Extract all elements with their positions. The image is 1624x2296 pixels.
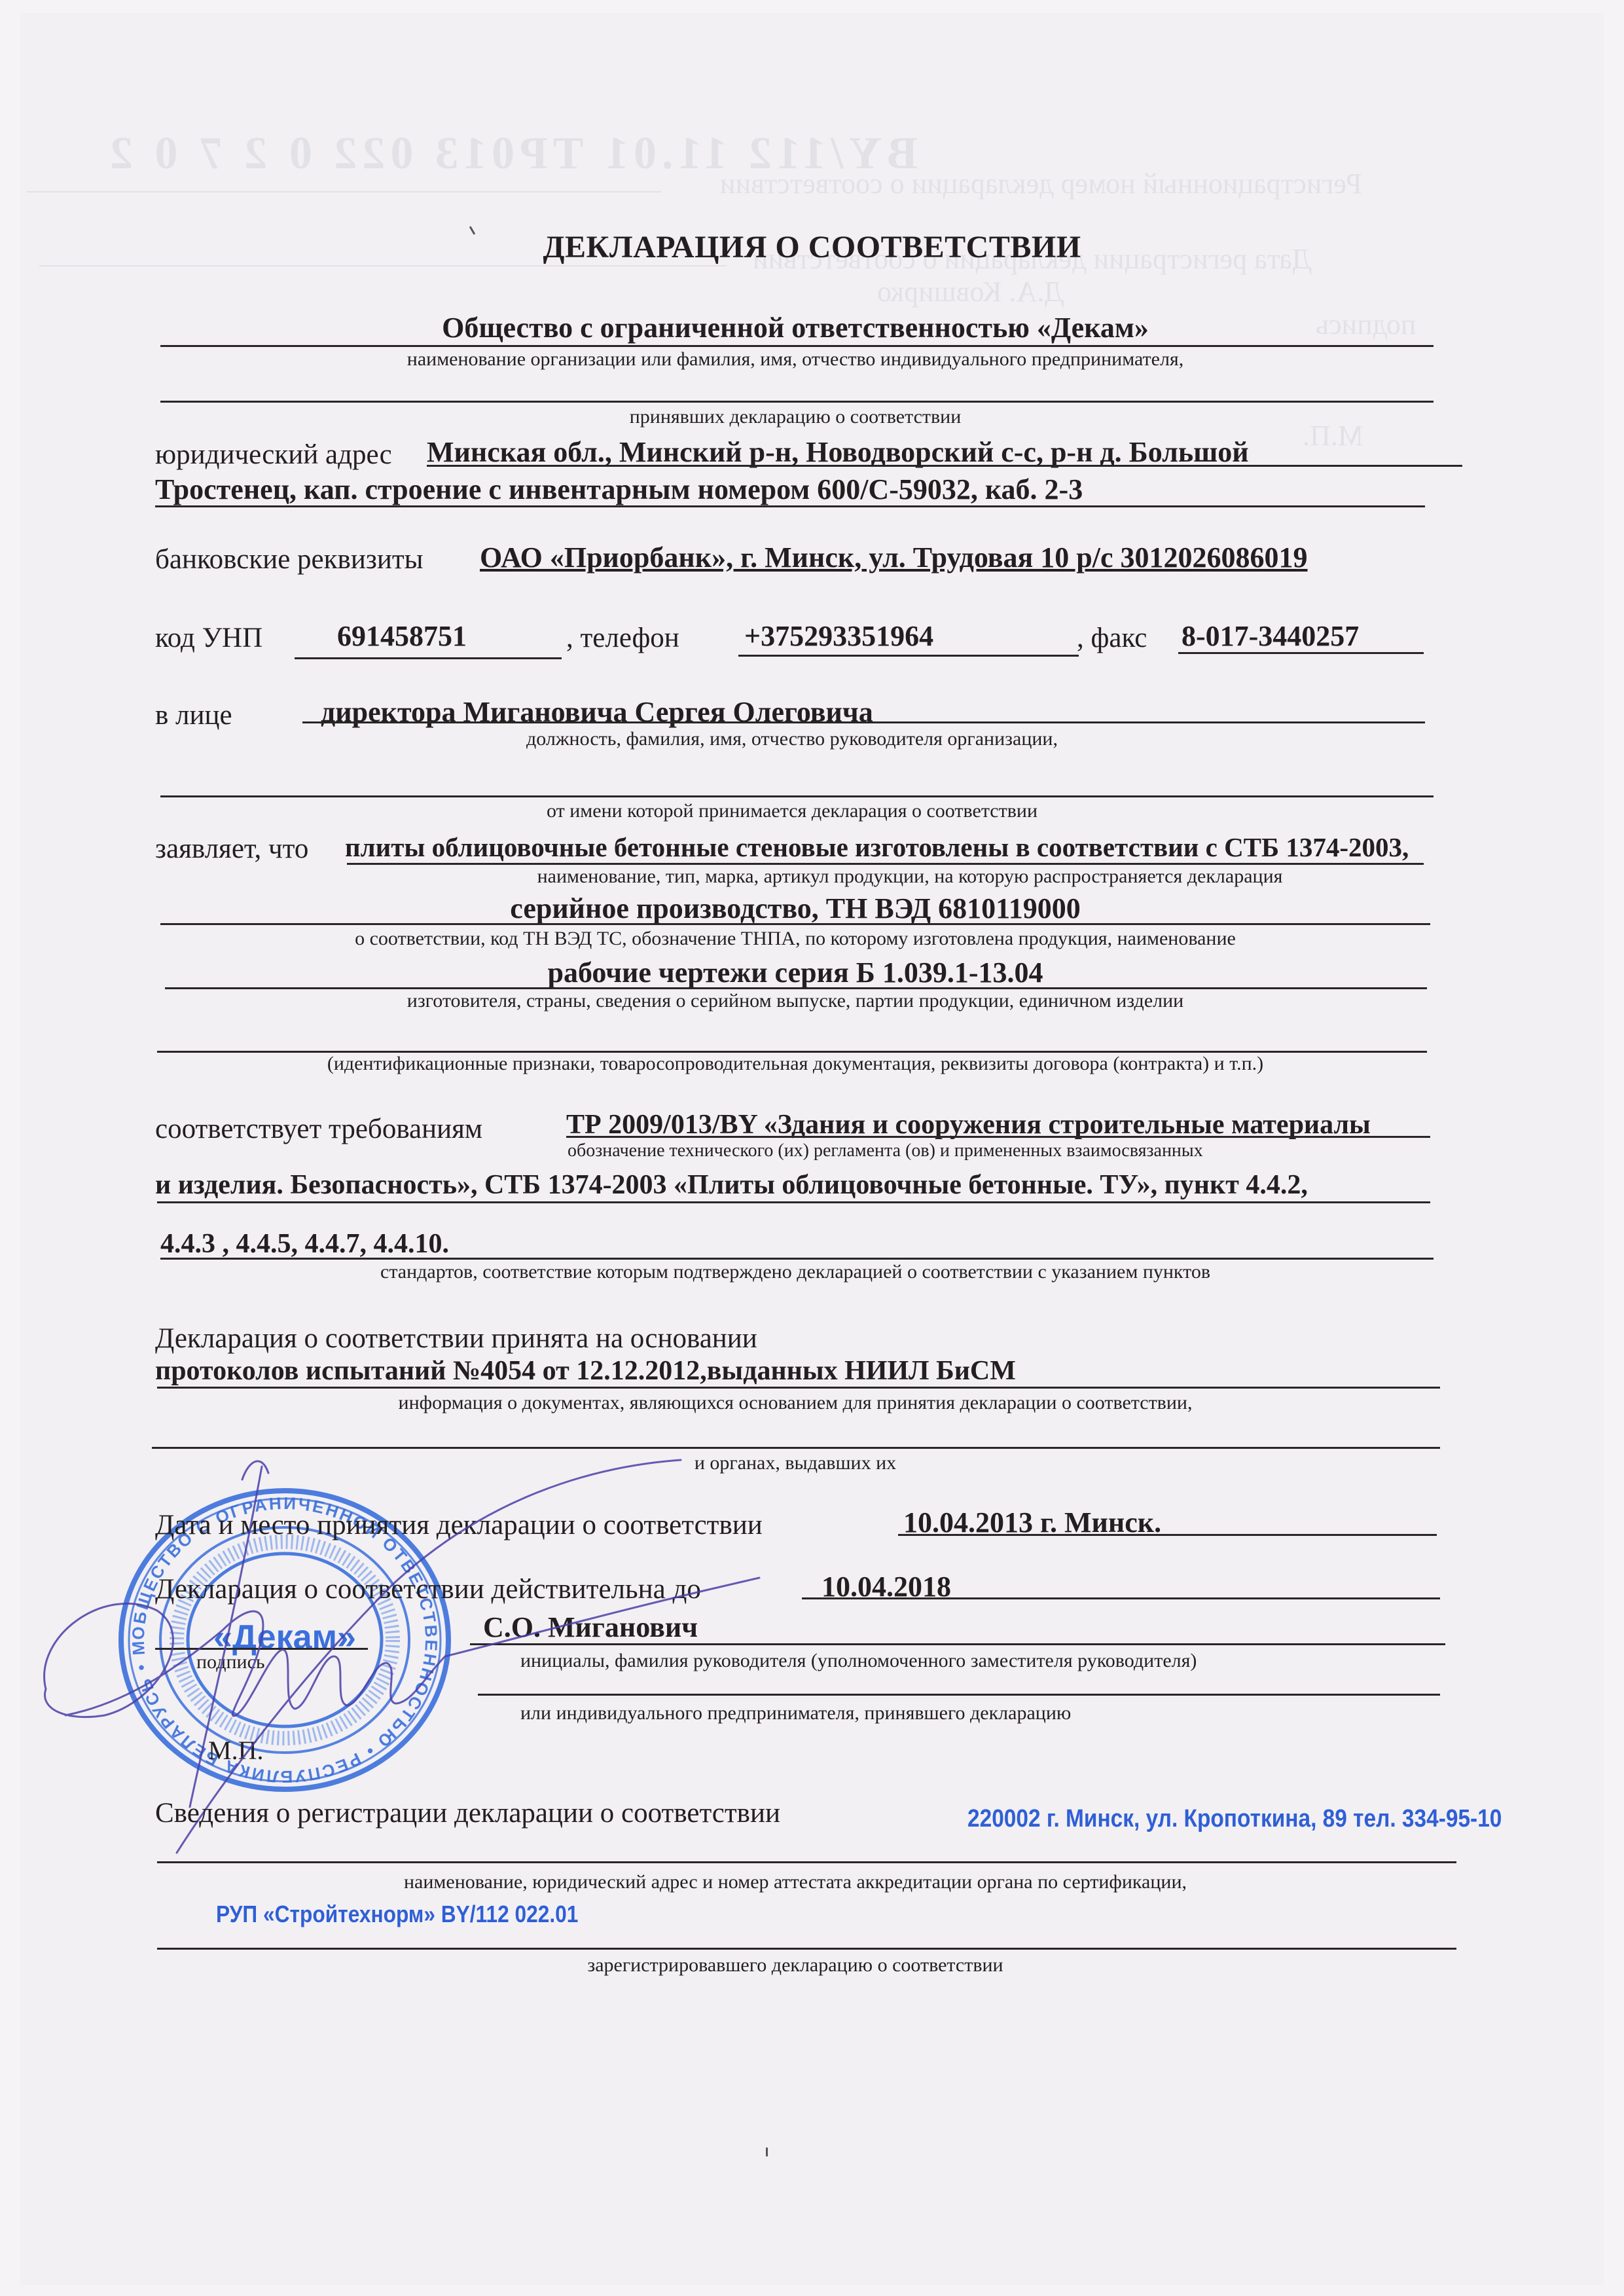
registration-stamp-body: РУП «Стройтехнорм» BY/112 022.01 [216, 1901, 578, 1928]
organization-caption-1: наименование организации или фамилия, им… [157, 348, 1434, 371]
unp-value[interactable]: 691458751 [337, 619, 467, 653]
signature-line [155, 1648, 368, 1650]
field-underline [1178, 652, 1424, 654]
product-caption-1: наименование, тип, марка, артикул продук… [419, 866, 1401, 888]
document-title: ДЕКЛАРАЦИЯ О СООТВЕТСТВИИ [0, 229, 1624, 265]
signature-caption: подпись [196, 1651, 265, 1673]
field-underline [738, 655, 1079, 657]
organization-caption-2: принявших декларацию о соответствии [157, 406, 1434, 428]
field-underline [155, 505, 1425, 507]
basis-value[interactable]: протоколов испытаний №4054 от 12.12.2012… [155, 1355, 1016, 1387]
field-underline [157, 1948, 1456, 1950]
field-underline [152, 1447, 1440, 1449]
product-caption-4: (идентификационные признаки, товаросопро… [157, 1053, 1434, 1075]
field-underline [157, 1201, 1430, 1203]
field-underline [295, 657, 562, 659]
field-underline [470, 1643, 1445, 1645]
fax-label: , факс [1077, 622, 1147, 654]
registration-label: Сведения о регистрации декларации о соот… [155, 1797, 780, 1829]
legal-address-line-1[interactable]: Минская обл., Минский р-н, Новодворский … [427, 435, 1249, 469]
signatory-caption-2: или индивидуального предпринимателя, при… [520, 1702, 1071, 1724]
bleed-line [26, 191, 661, 192]
signatory-caption-1: инициалы, фамилия руководителя (уполномо… [520, 1650, 1197, 1672]
field-underline [157, 1387, 1440, 1389]
representative-label: в лице [155, 699, 232, 731]
date-place-label: Дата и место принятия декларации о соотв… [155, 1509, 763, 1541]
valid-until-label: Декларация о соответствии действительна … [155, 1573, 701, 1605]
representative-value[interactable]: директора Мигановича Сергея Олеговича [321, 695, 873, 729]
field-underline [160, 923, 1430, 925]
product-label: заявляет, что [155, 833, 308, 865]
product-line-2[interactable]: серийное производство, ТН ВЭД 6810119000 [157, 892, 1434, 925]
requirements-line-3[interactable]: 4.4.3 , 4.4.5, 4.4.7, 4.4.10. [160, 1228, 449, 1260]
bleed-line [39, 265, 727, 266]
field-underline [157, 1861, 1456, 1863]
unp-label: код УНП [155, 622, 262, 654]
legal-address-line-2[interactable]: Тростенец, кап. строение с инвентарным н… [155, 473, 1083, 506]
field-underline [347, 863, 1424, 865]
representative-caption-1: должность, фамилия, имя, отчество руково… [157, 728, 1427, 750]
product-line-1[interactable]: плиты облицовочные бетонные стеновые изг… [345, 831, 1409, 863]
paper-speck [766, 2147, 768, 2157]
field-underline [160, 1258, 1434, 1260]
field-underline [478, 1694, 1440, 1696]
requirements-label: соответствует требованиям [155, 1113, 482, 1145]
field-underline [160, 795, 1434, 797]
registration-caption-2: зарегистрировавшего декларацию о соответ… [157, 1954, 1434, 1977]
basis-label: Декларация о соответствии принята на осн… [155, 1322, 757, 1355]
bank-details-value[interactable]: ОАО «Приорбанк», г. Минск, ул. Трудовая … [480, 541, 1308, 574]
requirements-line-2[interactable]: и изделия. Безопасность», СТБ 1374-2003 … [155, 1169, 1308, 1201]
product-caption-3: изготовителя, страны, сведения о серийно… [157, 990, 1434, 1012]
product-caption-2: о соответствии, код ТН ВЭД ТС, обозначен… [157, 928, 1434, 950]
field-underline [802, 1597, 1440, 1599]
field-underline [427, 465, 1462, 467]
field-underline [160, 345, 1434, 347]
registration-caption-1: наименование, юридический адрес и номер … [157, 1871, 1434, 1893]
field-underline [898, 1534, 1437, 1536]
signatory-name[interactable]: С.О. Миганович [483, 1611, 698, 1644]
bleed-signer-name: Д.А. Ковширко [877, 275, 1064, 308]
phone-value[interactable]: +375293351964 [744, 619, 933, 653]
organization-name: Общество с ограниченной ответственностью… [157, 311, 1434, 344]
registration-stamp-address: 220002 г. Минск, ул. Кропоткина, 89 тел.… [967, 1805, 1502, 1833]
fax-value[interactable]: 8-017-3440257 [1182, 619, 1359, 653]
field-underline [160, 401, 1434, 403]
requirements-caption-2: стандартов, соответствие которым подтвер… [157, 1261, 1434, 1283]
field-underline [165, 987, 1427, 989]
bleed-reg-number: BY/112 11.01 ТР013 022 0 2 7 0 2 [105, 128, 918, 180]
representative-caption-2: от имени которой принимается декларация … [157, 800, 1427, 822]
field-underline [566, 1136, 1430, 1138]
product-line-3[interactable]: рабочие чертежи серия Б 1.039.1-13.04 [157, 956, 1434, 989]
basis-caption-2: и органах, выдавших их [157, 1452, 1434, 1474]
legal-address-label: юридический адрес [155, 439, 392, 471]
stamp-place-label: М.П. [208, 1735, 263, 1766]
bank-details-label: банковские реквизиты [155, 543, 424, 575]
phone-label: , телефон [566, 622, 679, 654]
field-underline [302, 721, 1425, 723]
requirements-caption-1: обозначение технического (их) регламента… [568, 1140, 1203, 1161]
basis-caption-1: информация о документах, являющихся осно… [157, 1392, 1434, 1414]
